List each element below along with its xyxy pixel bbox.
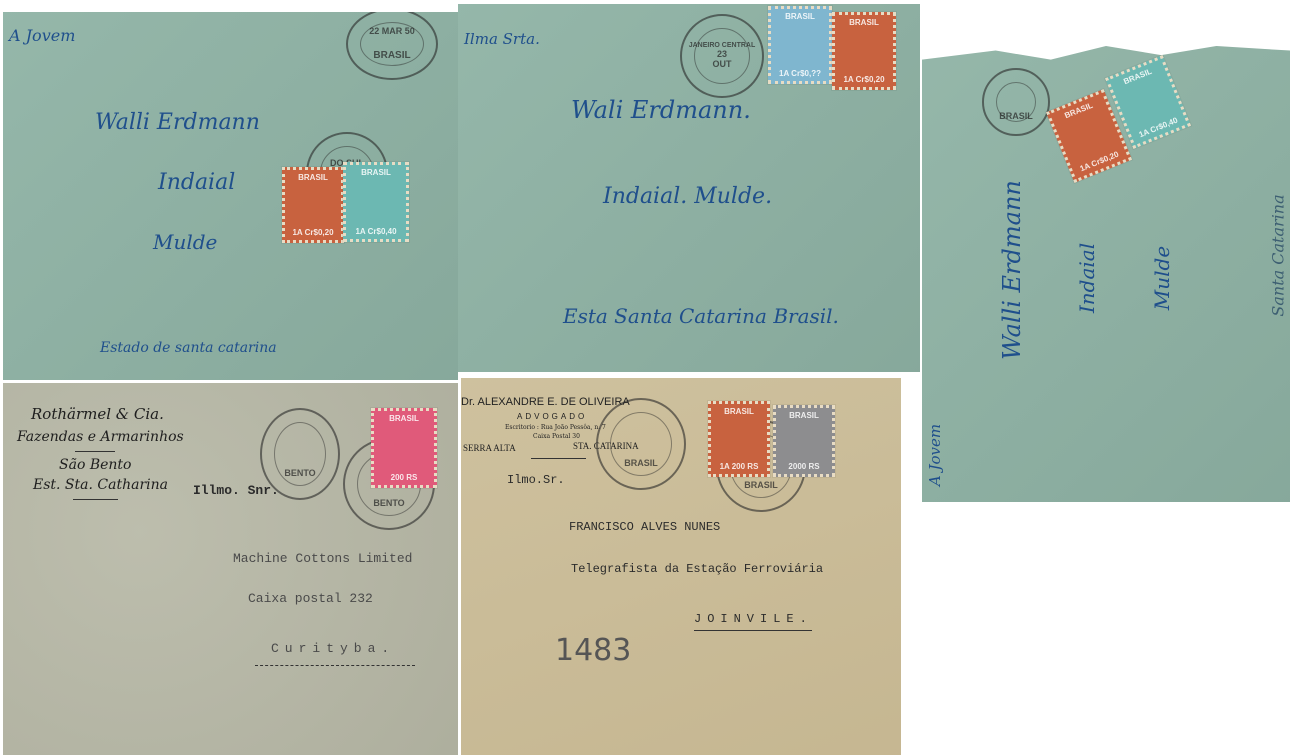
- postmark: BRASIL: [596, 398, 686, 490]
- address-line: Estado de santa catarina: [100, 340, 277, 356]
- recipient-name: Machine Cottons Limited: [233, 551, 412, 566]
- address-line: Mulde: [153, 230, 217, 254]
- address-line: Santa Catarina: [1269, 194, 1288, 316]
- sender-title: ADVOGADO: [517, 412, 587, 421]
- sender-name: Dr. ALEXANDRE E. DE OLIVEIRA: [461, 396, 630, 408]
- envelope-rotharmel: Rothärmel & Cia. Fazendas e Armarinhos S…: [3, 383, 458, 755]
- sender-po-box: Caixa Postal 30: [533, 433, 580, 440]
- envelope-walli-erdmann-3: BRASIL BRASIL1A Cr$0,20 BRASIL1A Cr$0,40…: [922, 46, 1290, 502]
- address-line: Caixa postal 232: [248, 591, 373, 606]
- divider: [73, 499, 118, 500]
- sender-office: Escritorio : Rua João Pessôa, n. 7: [505, 424, 606, 431]
- recipient-name: FRANCISCO ALVES NUNES: [569, 520, 720, 534]
- address-line: Mulde: [1150, 246, 1174, 310]
- salutation: A Jovem: [926, 424, 944, 486]
- stamp: BRASIL200 RS: [371, 408, 437, 488]
- underline: [694, 630, 812, 631]
- divider: [531, 458, 586, 459]
- envelope-walli-erdmann-1: A Jovem 22 MAR 50 BRASIL Walli Erdmann D…: [3, 12, 458, 380]
- sender-city: São Bento: [59, 457, 131, 473]
- postmark: JANEIRO CENTRAL 23 OUT: [680, 14, 764, 98]
- stamp: BRASIL2000 RS: [773, 405, 835, 477]
- handwritten-number: 1483: [555, 633, 631, 668]
- postmark: BRASIL: [982, 68, 1050, 136]
- sender-state: Est. Sta. Catharina: [33, 477, 168, 493]
- recipient-name: Walli Erdmann: [95, 110, 260, 135]
- salutation: Ilmo.Sr.: [507, 473, 565, 487]
- envelope-wali-erdmann-2: Ilma Srta. JANEIRO CENTRAL 23 OUT BRASIL…: [458, 4, 920, 372]
- underline: [255, 665, 415, 666]
- address-line: JOINVILE.: [694, 612, 813, 626]
- postmark: BENTO: [260, 408, 340, 500]
- recipient-name: Walli Erdmann: [998, 160, 1026, 360]
- address-line: Indaial. Mulde.: [603, 184, 772, 209]
- salutation: Ilma Srta.: [464, 30, 540, 48]
- salutation: A Jovem: [9, 26, 75, 45]
- envelope-alexandre-oliveira: Dr. ALEXANDRE E. DE OLIVEIRA ADVOGADO Es…: [461, 378, 901, 755]
- stamp: BRASIL1A Cr$0,20: [282, 167, 344, 243]
- stamp: BRASIL1A Cr$0,20: [832, 12, 896, 90]
- address-line: Indaial: [158, 170, 235, 195]
- address-line: Telegrafista da Estação Ferroviária: [571, 562, 823, 576]
- sender-name: Rothärmel & Cia.: [31, 405, 164, 423]
- address-line: Indaial: [1075, 243, 1099, 313]
- salutation: Illmo. Snr.: [193, 483, 279, 498]
- stamp: BRASIL1A Cr$0,??: [768, 6, 832, 84]
- postmark: 22 MAR 50 BRASIL: [346, 12, 438, 80]
- stamp: BRASIL1A 200 RS: [708, 401, 770, 477]
- sender-business: Fazendas e Armarinhos: [17, 429, 184, 445]
- sender-city: SERRA ALTA: [463, 443, 516, 453]
- address-line: Curityba.: [271, 641, 395, 656]
- divider: [75, 451, 115, 452]
- recipient-name: Wali Erdmann.: [571, 96, 751, 124]
- address-line: Esta Santa Catarina Brasil.: [563, 304, 839, 328]
- stamp: BRASIL1A Cr$0,40: [343, 162, 409, 242]
